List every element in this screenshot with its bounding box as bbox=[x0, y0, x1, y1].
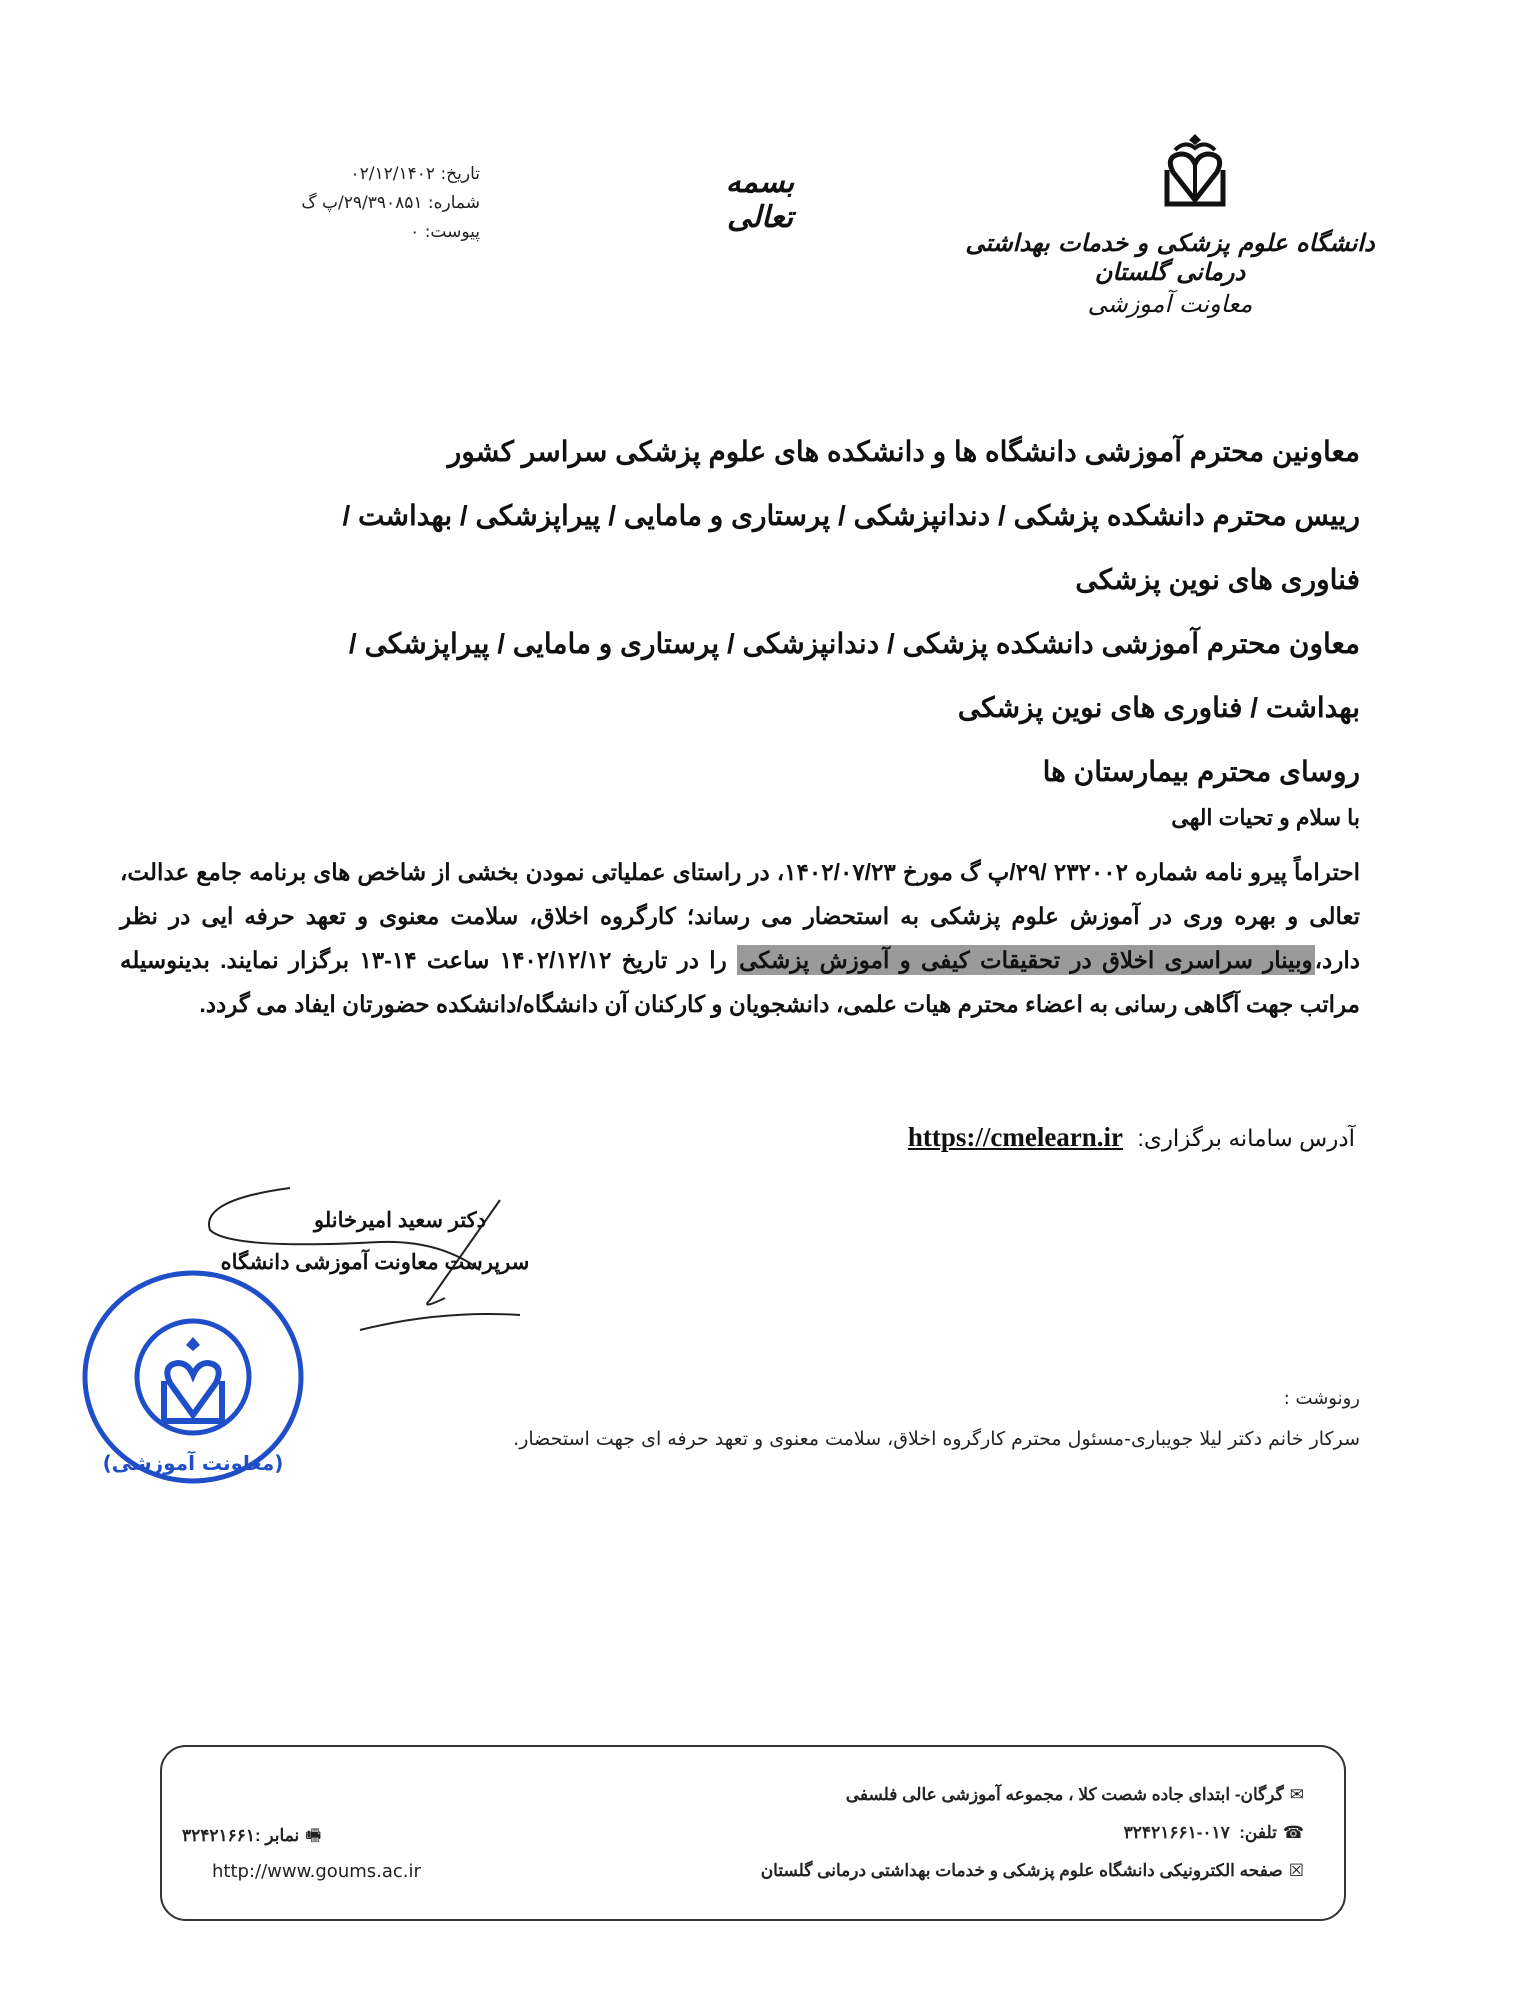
svg-text:(معاونت آموزشی): (معاونت آموزشی) bbox=[103, 1450, 284, 1475]
university-name: دانشگاه علوم پزشکی و خدمات بهداشتی درمان… bbox=[960, 228, 1380, 286]
addressee-list: معاونین محترم آموزشی دانشگاه ها و دانشکد… bbox=[160, 420, 1360, 804]
addressee-line: معاونین محترم آموزشی دانشگاه ها و دانشکد… bbox=[160, 420, 1360, 484]
letter-meta: تاریخ: ۰۲/۱۲/۱۴۰۲ شماره: ۲۹/۳۹۰۸۵۱/پ گ پ… bbox=[280, 160, 480, 247]
department-name: معاونت آموزشی bbox=[1060, 290, 1280, 318]
footer-contact-box: ✉گرگان- ابتدای جاده شصت کلا ، مجموعه آمو… bbox=[160, 1745, 1346, 1921]
platform-link[interactable]: https://cmelearn.ir bbox=[908, 1122, 1123, 1153]
university-emblem-icon bbox=[1155, 130, 1235, 210]
number-row: شماره: ۲۹/۳۹۰۸۵۱/پ گ bbox=[280, 189, 480, 218]
date-value: ۰۲/۱۲/۱۴۰۲ bbox=[351, 164, 436, 184]
fax-printer-icon: 🖷 bbox=[305, 1826, 321, 1845]
bismillah-heading: بسمه تعالی bbox=[690, 165, 830, 235]
attachment-row: پیوست: ۰ bbox=[280, 218, 480, 247]
phone-icon: ☎ bbox=[1283, 1823, 1304, 1842]
greeting: با سلام و تحیات الهی bbox=[1171, 805, 1360, 831]
letter-body: احتراماً پیرو نامه شماره ۲۳۲۰۰۲ /۲۹/پ گ … bbox=[120, 850, 1360, 1026]
date-row: تاریخ: ۰۲/۱۲/۱۴۰۲ bbox=[280, 160, 480, 189]
addressee-line: معاون محترم آموزشی دانشکده پزشکی / دندان… bbox=[160, 612, 1360, 676]
attachment-count: ۰ bbox=[410, 222, 419, 242]
signatory-name: دکتر سعید امیرخانلو bbox=[260, 1208, 540, 1233]
footer-website-label: ☒صفحه الکترونیکی دانشگاه علوم پزشکی و خد… bbox=[761, 1861, 1304, 1881]
cc-label: رونوشت : bbox=[1284, 1388, 1360, 1409]
platform-address: آدرس سامانه برگزاری: https://cmelearn.ir bbox=[908, 1122, 1355, 1153]
official-stamp-icon: (معاونت آموزشی) bbox=[78, 1265, 308, 1490]
addressee-line: روسای محترم بیمارستان ها bbox=[160, 740, 1360, 804]
footer-phone: ☎تلفن: ۰۱۷-۳۲۴۲۱۶۶۱ bbox=[1124, 1823, 1304, 1843]
addressee-line: فناوری های نوین پزشکی bbox=[160, 548, 1360, 612]
webinar-title-highlight: وبینار سراسری اخلاق در تحقیقات کیفی و آم… bbox=[737, 945, 1315, 975]
footer-website-url[interactable]: http://www.goums.ac.ir bbox=[212, 1861, 421, 1882]
footer-address: ✉گرگان- ابتدای جاده شصت کلا ، مجموعه آمو… bbox=[846, 1785, 1304, 1805]
footer-fax: 🖷نمابر :۳۲۴۲۱۶۶۱ bbox=[182, 1823, 321, 1852]
addressee-line: بهداشت / فناوری های نوین پزشکی bbox=[160, 676, 1360, 740]
checkbox-icon: ☒ bbox=[1289, 1861, 1304, 1880]
letter-number: ۲۹/۳۹۰۸۵۱/پ گ bbox=[301, 193, 422, 213]
addressee-line: رییس محترم دانشکده پزشکی / دندانپزشکی / … bbox=[160, 484, 1360, 548]
mail-envelope-icon: ✉ bbox=[1290, 1785, 1304, 1804]
cc-recipient: سرکار خانم دکتر لیلا جویباری-مسئول محترم… bbox=[513, 1428, 1360, 1450]
platform-address-label: آدرس سامانه برگزاری: bbox=[1137, 1125, 1355, 1151]
